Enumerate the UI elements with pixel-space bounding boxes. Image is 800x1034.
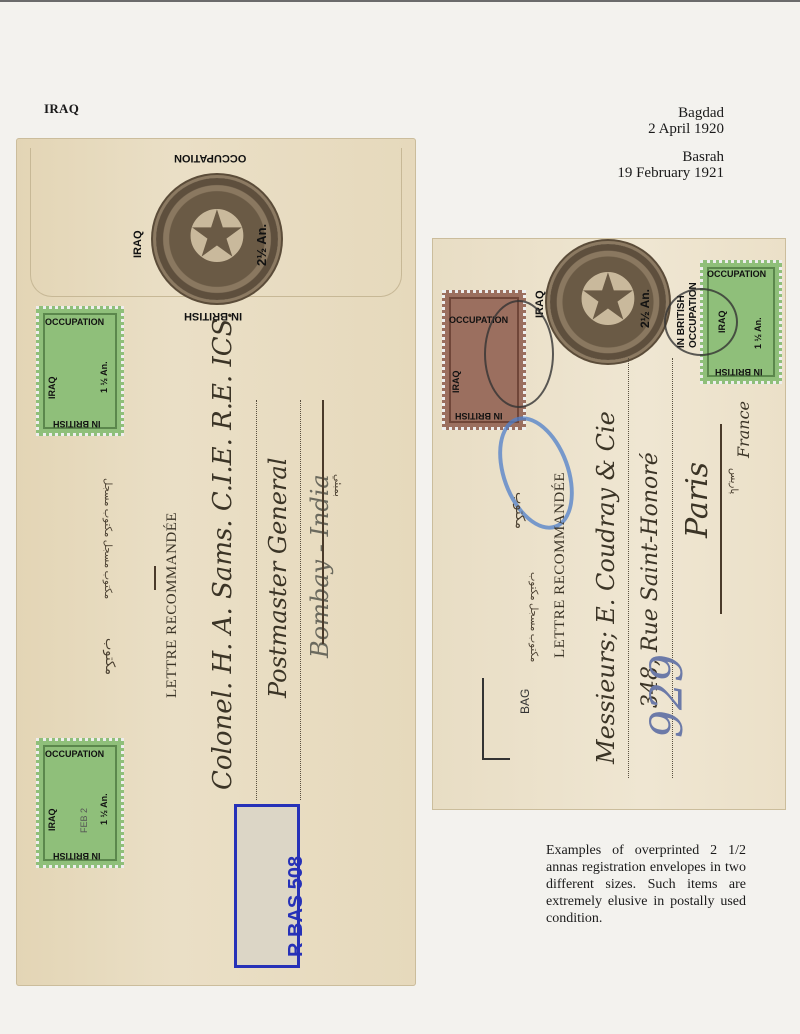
lettre-recommandee-label: LETTRE RECOMMANDÉE (164, 512, 181, 698)
caption-basrah: Basrah 19 February 1921 (617, 149, 724, 181)
registration-number: 508 (285, 856, 307, 889)
arabic-print-text: ﻣﻜﺘﻮﺏ ﻣﺴﺠﻞ ﻣﻜﺘﻮﺏ (528, 572, 539, 692)
caption-date: 19 February 1921 (617, 165, 724, 181)
registration-office: BAS (285, 895, 307, 937)
stamp-overprint-value: 1 ½ An. (99, 793, 109, 825)
postmark-cancel (664, 288, 738, 356)
arabic-print-text: ﻣﻜﺘﻮﺏ ﻣﺴﺠﻞ ﻣﻜﺘﻮﺏ ﻣﺴﺠﻞ (102, 478, 113, 648)
address-line-1: Colonel. H. A. Sams. C.I.E. R.E. ICS. (208, 311, 238, 790)
address-rule (628, 358, 629, 778)
caption-place: Bagdad (648, 105, 724, 121)
stamp-overprint-bottom: IN BRITISH (53, 851, 101, 861)
address-underline (322, 400, 324, 644)
star-crescent-icon: ✪ (188, 204, 247, 274)
stamp-overprint-iraq: IRAQ (451, 371, 461, 394)
underline-mark (154, 566, 156, 590)
caption-date: 2 April 1920 (648, 121, 724, 137)
description-note: Examples of overprinted 2 1/2 annas regi… (546, 842, 746, 927)
address-line-3: Bombay - India (306, 474, 334, 658)
indicium-overprint-value: 2½ An. (638, 289, 652, 328)
envelope-small: ✪ IRAQ 2½ An. IN BRITISH OCCUPATION OCCU… (432, 238, 786, 810)
address-line-4: France (734, 401, 753, 458)
address-line-1: Messieurs; E. Coudray & Cie (592, 411, 620, 764)
postmark-text: FEB 2 (79, 808, 89, 833)
stamp-overprint-iraq: IRAQ (47, 809, 57, 832)
address-rule (300, 400, 301, 800)
stamp-overprint-bottom: IN BRITISH (455, 411, 503, 421)
registration-box-mark (482, 678, 510, 760)
caption-place: Basrah (617, 149, 724, 165)
registration-handstamp: BAG (518, 689, 532, 714)
stamp-overprint-value: 1 ½ An. (99, 361, 109, 393)
stamp-green-1: OCCUPATION IRAQ 1 ½ An. IN BRITISH (36, 306, 124, 436)
indicium-overprint-value: 2½ An. (254, 224, 269, 266)
postmark-cancel (484, 300, 554, 408)
arabic-address: ﭘﺎﺭﻳﺲ (728, 468, 739, 538)
arabic-heading: ﻣﻜﺘﻮﺏ (102, 638, 118, 698)
registration-text: R BAS 508 (285, 856, 308, 957)
stamp-overprint-value: 1 ½ An. (753, 317, 763, 349)
arabic-address: ﺑﻤﺒﺌﻲ (332, 474, 343, 514)
stamp-overprint-iraq: IRAQ (47, 377, 57, 400)
stamp-green-2: OCCUPATION IRAQ 1 ½ An. IN BRITISH FEB 2 (36, 738, 124, 868)
registration-prefix: R (285, 943, 307, 957)
address-line-2: Postmaster General (264, 458, 292, 698)
arabic-heading: ﻣﻜﺘﻮﺏ (512, 492, 528, 552)
lettre-recommandee-label: LETTRE RECOMMANDÉE (552, 472, 569, 658)
indicium-overprint-top: OCCUPATION (174, 152, 246, 164)
stamp-overprint-bottom: IN BRITISH (715, 367, 763, 377)
stamp-overprint-top: OCCUPATION (45, 749, 104, 759)
address-line-3: Paris (680, 462, 715, 538)
indicium-overprint-iraq: IRAQ (132, 231, 144, 259)
star-crescent-icon: ✪ (579, 267, 638, 337)
address-underline (720, 424, 722, 614)
stamp-overprint-bottom: IN BRITISH (53, 419, 101, 429)
caption-bagdad: Bagdad 2 April 1920 (648, 105, 724, 137)
registration-label: R BAS 508 (234, 804, 300, 968)
address-rule (256, 400, 257, 800)
top-border (0, 0, 800, 2)
stamp-overprint-top: OCCUPATION (45, 317, 104, 327)
stamp-overprint-top: OCCUPATION (707, 269, 766, 279)
page-title: IRAQ (44, 101, 79, 117)
envelope-large: ✪ OCCUPATION IRAQ 2½ An. IN BRITISH OCCU… (16, 138, 416, 986)
pencil-note: 929 (642, 654, 693, 738)
